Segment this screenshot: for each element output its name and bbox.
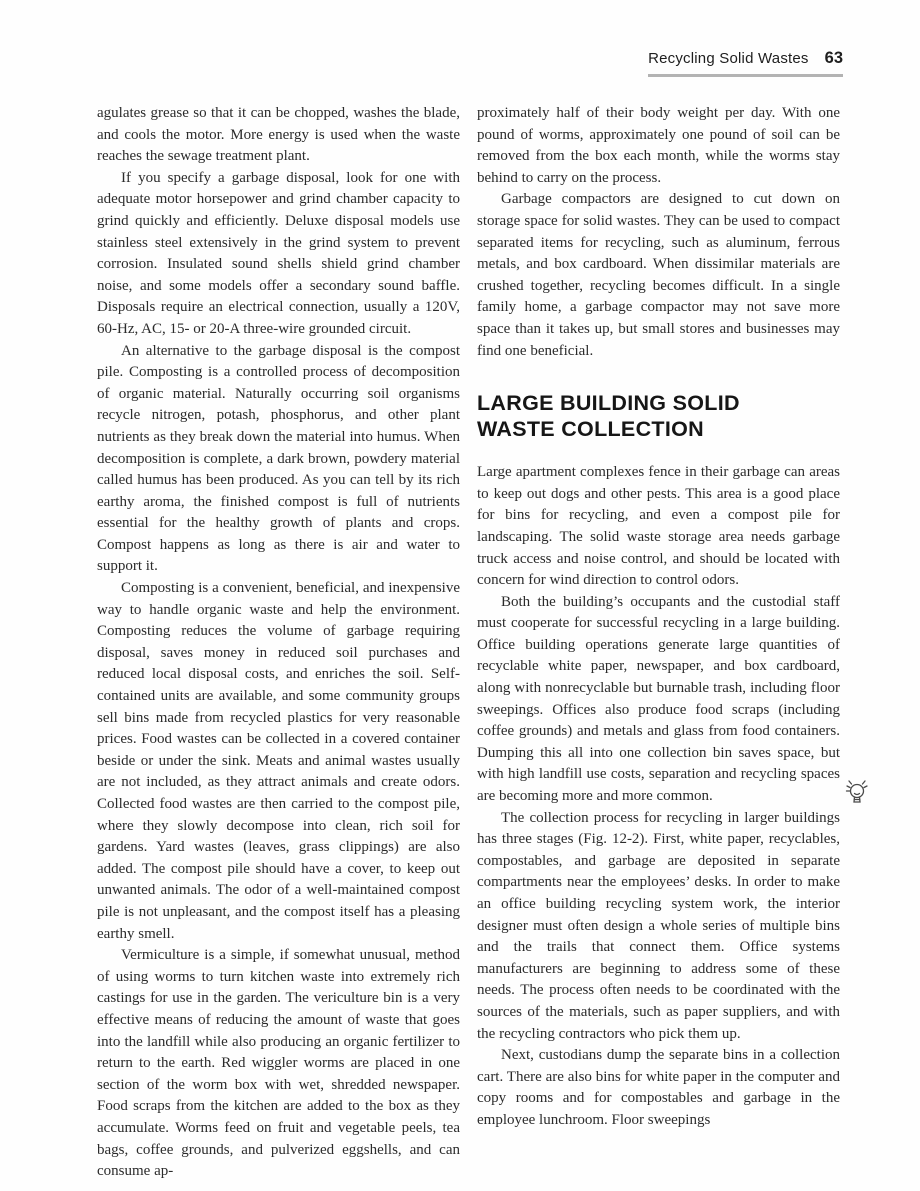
paragraph: agulates grease so that it can be choppe… <box>97 103 460 168</box>
page-number: 63 <box>825 49 843 67</box>
lightbulb-icon <box>843 776 871 812</box>
section-heading-line1: LARGE BUILDING SOLID <box>477 390 840 416</box>
paragraph: Garbage compactors are designed to cut d… <box>477 189 840 362</box>
paragraph: Next, custodians dump the separate bins … <box>477 1045 840 1131</box>
paragraph: The collection process for recycling in … <box>477 808 840 1046</box>
paragraph: Large apartment complexes fence in their… <box>477 462 840 592</box>
section-heading: LARGE BUILDING SOLID WASTE COLLECTION <box>477 390 840 442</box>
running-title: Recycling Solid Wastes <box>648 50 809 67</box>
paragraph: An alternative to the garbage disposal i… <box>97 341 460 579</box>
paragraph: Vermiculture is a simple, if somewhat un… <box>97 945 460 1183</box>
paragraph: Both the building’s occupants and the cu… <box>477 592 840 808</box>
book-page: Recycling Solid Wastes63 agulates grease… <box>0 0 920 1191</box>
paragraph: If you specify a garbage disposal, look … <box>97 168 460 341</box>
paragraph: proximately half of their body weight pe… <box>477 103 840 189</box>
page-header: Recycling Solid Wastes63 <box>648 49 843 77</box>
paragraph: Composting is a convenient, beneficial, … <box>97 578 460 945</box>
left-column: agulates grease so that it can be choppe… <box>97 103 460 1183</box>
text-columns: agulates grease so that it can be choppe… <box>97 103 841 1183</box>
section-heading-line2: WASTE COLLECTION <box>477 416 840 442</box>
right-column: proximately half of their body weight pe… <box>477 103 840 1183</box>
